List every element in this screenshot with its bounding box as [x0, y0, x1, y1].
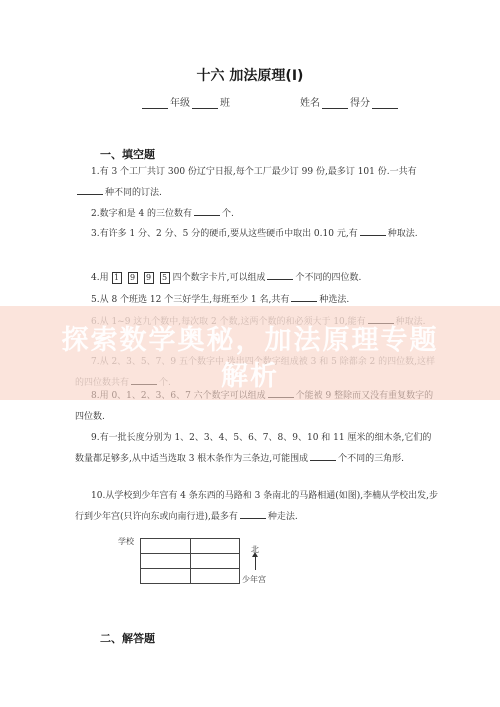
north-arrow-icon — [255, 556, 256, 570]
digit-card: 9 — [144, 272, 154, 284]
digit-card: 5 — [160, 272, 170, 284]
name-score-group: 姓名 得分 — [300, 94, 400, 109]
question-9: 9.有一批长度分别为 1、2、3、4、5、6、7、8、9、10 和 11 厘米的… — [75, 428, 440, 470]
question-3: 3.有许多 1 分、2 分、5 分的硬币,要从这些硬币中取出 0.10 元,有种… — [75, 224, 440, 245]
section-heading-fill-in: 一、填空题 — [100, 146, 155, 162]
north-south-road — [190, 538, 191, 584]
score-label: 得分 — [350, 94, 370, 109]
section-heading-solutions: 二、解答题 — [100, 630, 155, 646]
class-blank[interactable] — [192, 98, 218, 109]
grade-class-group: 年级 班 — [140, 94, 230, 109]
answer-blank[interactable] — [291, 293, 317, 302]
digit-card: 9 — [128, 272, 138, 284]
answer-blank[interactable] — [194, 207, 220, 216]
class-label: 班 — [220, 94, 230, 109]
youth-palace-label: 少年宫 — [242, 574, 266, 585]
overlay-title: 探索数学奥秘，加法原理专题 — [0, 318, 500, 357]
north-south-road — [140, 538, 141, 584]
overlay-subtitle: 解析 — [0, 354, 500, 393]
question-2: 2.数字和是 4 的三位数有个. — [75, 204, 440, 225]
school-label: 学校 — [118, 536, 134, 547]
worksheet-page: 十六 加法原理(I) 年级 班 姓名 得分 一、填空题 1.有 3 个工厂共订 … — [0, 0, 500, 707]
student-info-row: 年级 班 姓名 得分 — [140, 94, 400, 109]
answer-blank[interactable] — [267, 271, 293, 280]
road-grid — [140, 538, 240, 584]
answer-blank[interactable] — [77, 186, 103, 195]
grade-label: 年级 — [170, 94, 190, 109]
score-blank[interactable] — [372, 98, 398, 109]
question-1: 1.有 3 个工厂共订 300 份辽宁日报,每个工厂最少订 99 份,最多订 1… — [75, 162, 440, 204]
digit-card: 1 — [112, 272, 122, 284]
name-blank[interactable] — [322, 98, 348, 109]
north-south-road — [239, 538, 240, 584]
name-label: 姓名 — [300, 94, 320, 109]
answer-blank[interactable] — [310, 452, 336, 461]
answer-blank[interactable] — [240, 510, 266, 519]
grade-blank[interactable] — [142, 98, 168, 109]
answer-blank[interactable] — [360, 227, 386, 236]
question-4: 4.用1995四个数字卡片,可以组成个不同的四位数. — [75, 268, 440, 289]
road-grid-diagram: 学校 北 少年宫 — [100, 530, 300, 600]
question-10: 10.从学校到少年宫有 4 条东西的马路和 3 条南北的马路相通(如图),李楠从… — [75, 486, 440, 528]
worksheet-title: 十六 加法原理(I) — [0, 65, 500, 85]
